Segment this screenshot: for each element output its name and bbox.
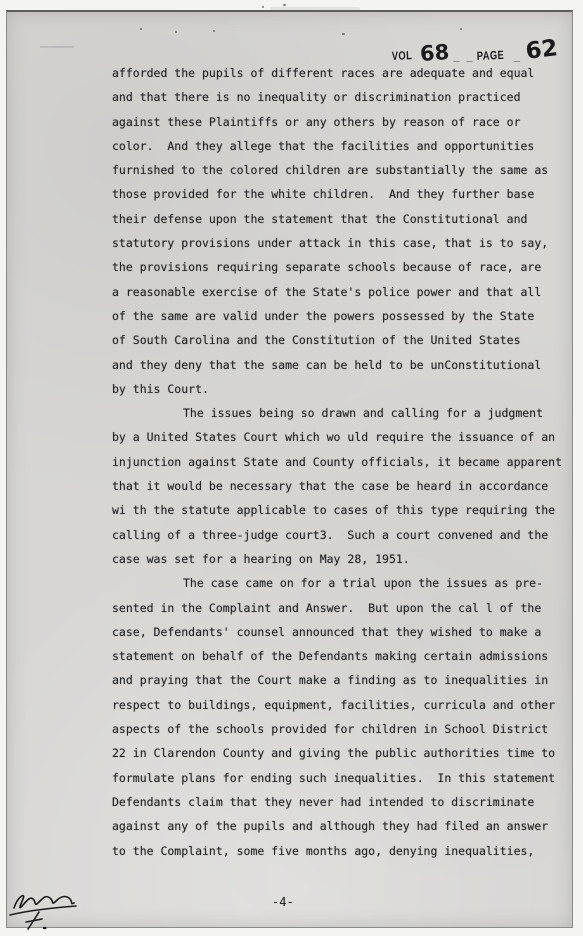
text-line: of South Carolina and the Constitution o… [112, 328, 572, 352]
text-line: furnished to the colored children are su… [112, 158, 572, 182]
scan-speck [262, 6, 264, 8]
text-line: against these Plaintiffs or any others b… [112, 110, 572, 134]
text-line: the provisions requiring separate school… [112, 255, 572, 279]
text-line: The case came on for a trial upon the is… [112, 571, 572, 595]
signature-scrawl [6, 888, 98, 932]
scan-speck [460, 28, 462, 30]
text-line: statement on behalf of the Defendants ma… [112, 644, 572, 668]
scan-smudge [40, 46, 74, 48]
text-line: Defendants claim that they never had int… [112, 790, 572, 814]
text-line: calling of a three-judge court3. Such a … [112, 523, 572, 547]
text-line: and that there is no inequality or discr… [112, 85, 572, 109]
text-line: and praying that the Court make a findin… [112, 668, 572, 692]
text-line: a reasonable exercise of the State's pol… [112, 280, 572, 304]
text-line: by a United States Court which wo uld re… [112, 425, 572, 449]
scan-speck [140, 28, 142, 30]
text-line: to the Complaint, some five months ago, … [112, 839, 572, 863]
text-line: those provided for the white children. A… [112, 182, 572, 206]
text-line: of the same are valid under the powers p… [112, 304, 572, 328]
text-line: afforded the pupils of different races a… [112, 61, 572, 85]
text-line: The issues being so drawn and calling fo… [112, 401, 572, 425]
text-line: statutory provisions under attack in thi… [112, 231, 572, 255]
text-line: that it would be necessary that the case… [112, 474, 572, 498]
scan-speck [283, 4, 286, 6]
text-line: 22 in Clarendon County and giving the pu… [112, 741, 572, 765]
text-line: wi th the statute applicable to cases of… [112, 498, 572, 522]
text-line: respect to buildings, equipment, facilit… [112, 693, 572, 717]
page-footer-number: -4- [272, 895, 294, 909]
scanned-document-page: VOL68_ _PAGE_62 afforded the pupils of d… [0, 0, 583, 936]
scan-smudge [270, 7, 360, 10]
scan-speck [342, 33, 345, 35]
scan-speck [213, 30, 215, 32]
text-line: aspects of the schools provided for chil… [112, 717, 572, 741]
text-line: their defense upon the statement that th… [112, 207, 572, 231]
text-line: injunction against State and County offi… [112, 450, 572, 474]
text-line: by this Court. [112, 377, 572, 401]
scan-speck [175, 31, 177, 33]
text-line: formulate plans for ending such inequali… [112, 766, 572, 790]
document-body: afforded the pupils of different races a… [112, 61, 572, 863]
text-line: against any of the pupils and although t… [112, 814, 572, 838]
text-line: color. And they allege that the faciliti… [112, 134, 572, 158]
text-line: case, Defendants' counsel announced that… [112, 620, 572, 644]
text-line: case was set for a hearing on May 28, 19… [112, 547, 572, 571]
text-line: sented in the Complaint and Answer. But … [112, 596, 572, 620]
text-line: and they deny that the same can be held … [112, 353, 572, 377]
